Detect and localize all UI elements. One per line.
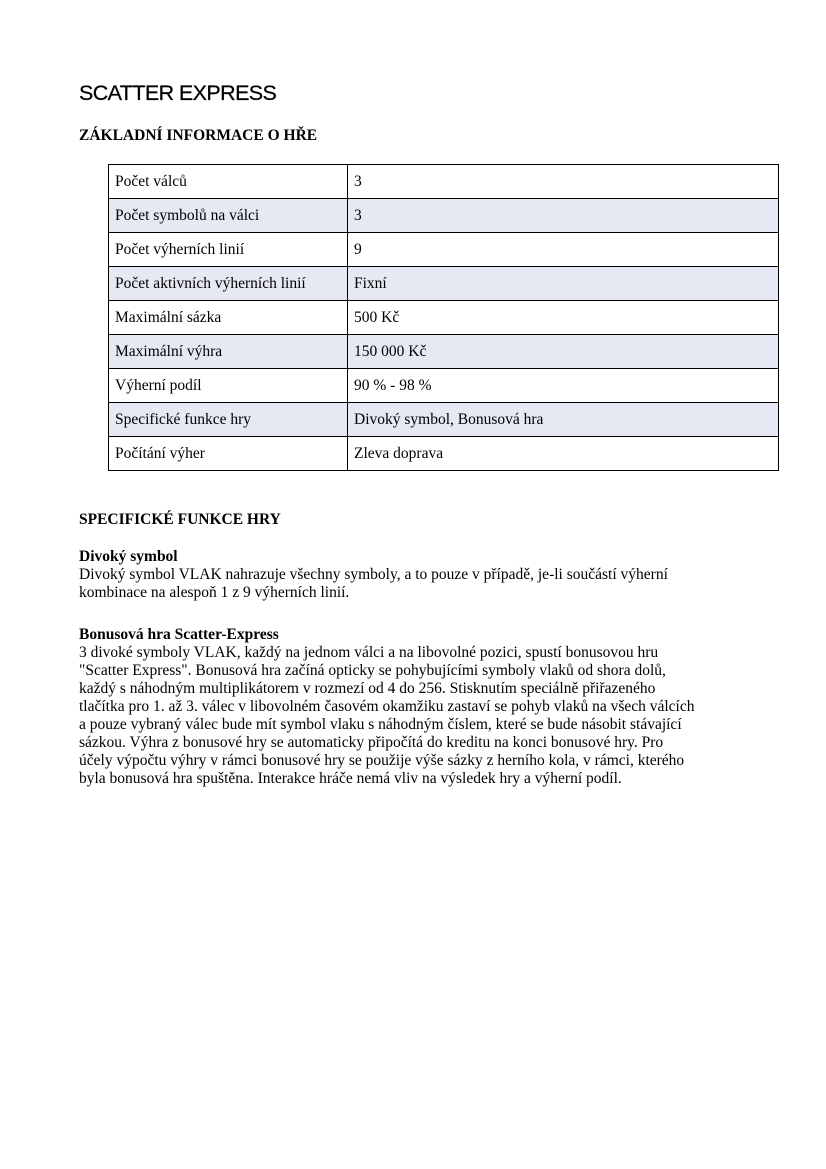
bonus-game-section: Bonusová hra Scatter-Express 3 divoké sy… xyxy=(79,626,759,788)
row-label: Maximální výhra xyxy=(109,335,348,369)
basic-info-table: Počet válců 3 Počet symbolů na válci 3 P… xyxy=(108,164,779,471)
basic-info-heading: ZÁKLADNÍ INFORMACE O HŘE xyxy=(79,126,317,146)
row-label: Výherní podíl xyxy=(109,369,348,403)
row-value: 3 xyxy=(348,165,779,199)
table-row: Počítání výher Zleva doprava xyxy=(109,437,779,471)
bonus-game-text: 3 divoké symboly VLAK, každý na jednom v… xyxy=(79,644,759,788)
wild-symbol-text: Divoký symbol VLAK nahrazuje všechny sym… xyxy=(79,566,759,602)
bonus-game-title: Bonusová hra Scatter-Express xyxy=(79,626,759,644)
row-label: Počet aktivních výherních linií xyxy=(109,267,348,301)
row-value: 3 xyxy=(348,199,779,233)
wild-symbol-title: Divoký symbol xyxy=(79,548,759,566)
row-value: Zleva doprava xyxy=(348,437,779,471)
table-row: Maximální výhra 150 000 Kč xyxy=(109,335,779,369)
row-value: Fixní xyxy=(348,267,779,301)
row-value: 90 % - 98 % xyxy=(348,369,779,403)
row-label: Specifické funkce hry xyxy=(109,403,348,437)
table-row: Počet aktivních výherních linií Fixní xyxy=(109,267,779,301)
row-value: 9 xyxy=(348,233,779,267)
table-row: Maximální sázka 500 Kč xyxy=(109,301,779,335)
table-row: Počet symbolů na válci 3 xyxy=(109,199,779,233)
row-label: Počet symbolů na válci xyxy=(109,199,348,233)
table-row: Počet výherních linií 9 xyxy=(109,233,779,267)
wild-symbol-section: Divoký symbol Divoký symbol VLAK nahrazu… xyxy=(79,548,759,602)
table-row: Specifické funkce hry Divoký symbol, Bon… xyxy=(109,403,779,437)
table-row: Počet válců 3 xyxy=(109,165,779,199)
row-label: Počet válců xyxy=(109,165,348,199)
row-value: 150 000 Kč xyxy=(348,335,779,369)
special-features-heading: SPECIFICKÉ FUNKCE HRY xyxy=(79,510,281,530)
table-row: Výherní podíl 90 % - 98 % xyxy=(109,369,779,403)
document-title: SCATTER EXPRESS xyxy=(79,79,276,107)
row-label: Počet výherních linií xyxy=(109,233,348,267)
row-value: Divoký symbol, Bonusová hra xyxy=(348,403,779,437)
row-label: Počítání výher xyxy=(109,437,348,471)
row-value: 500 Kč xyxy=(348,301,779,335)
row-label: Maximální sázka xyxy=(109,301,348,335)
